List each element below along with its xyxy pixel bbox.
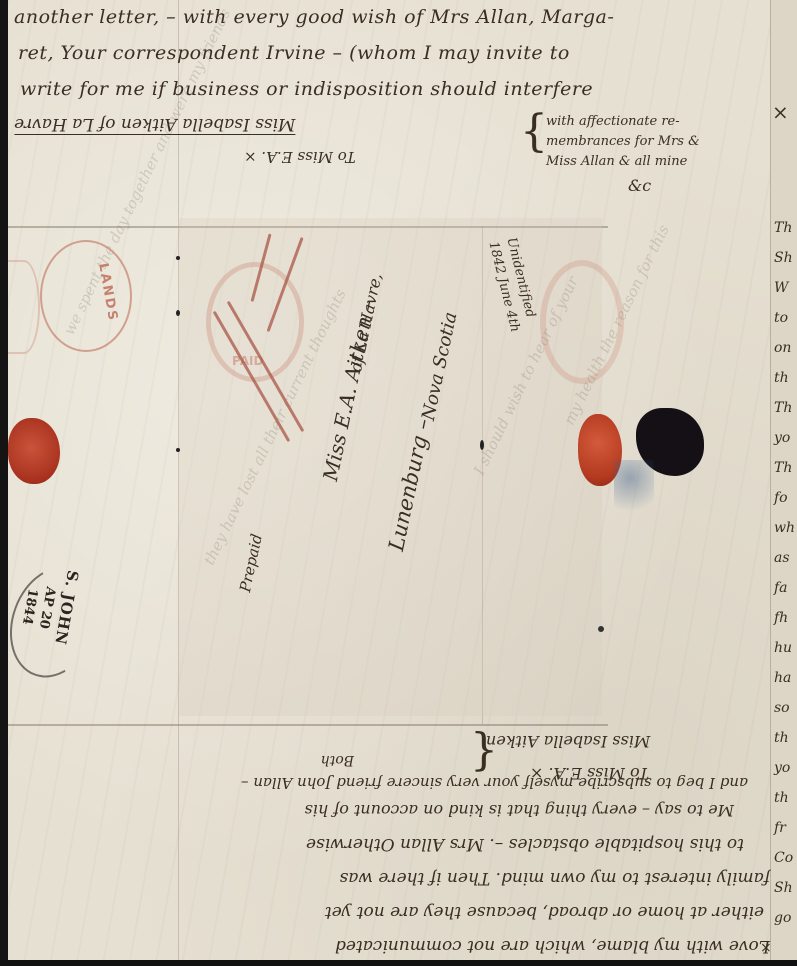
bottom-signature-prefix: To Miss E.A. × [530,764,649,783]
bottom-line-1: Love with my blame, which are not commun… [335,936,770,956]
bottom-line-3: family interest to my own mind. Then if … [340,868,770,888]
remembrance-tail: &c [628,176,651,195]
faint-postmark-right [540,260,624,384]
top-text-line-1: another letter, – with every good wish o… [14,6,614,28]
remembrance-line-2: membrances for Mrs & [546,134,700,149]
bottom-line-5: Me to say – every thing that is kind on … [305,801,734,820]
pin-hole [176,256,180,260]
bottom-line-2: either at home or abroad, because they a… [325,902,764,922]
pin-hole [480,440,484,450]
top-text-line-2: ret, Your correspondent Irvine – (whom I… [18,42,570,64]
right-margin-text: Th Sh W to on th Th yo Th fo wh as fa fh… [772,220,797,960]
bottom-line-4: to this hospitable obstacles –. Mrs Alla… [306,834,744,854]
scan-bottom-edge [0,960,797,966]
top-text-line-3: write for me if business or indispositio… [20,78,593,100]
bottom-signature-name: Miss Isabella Aitken [486,732,650,751]
bottom-inverted-block: Love with my blame, which are not commun… [14,726,774,960]
red-postmark-circle [40,240,132,352]
inverted-address-top: Miss Isabella Aitken of La Havre [14,114,295,135]
scan-left-edge [0,0,8,966]
pin-hole [176,448,180,452]
red-postmark-partial [8,260,40,354]
bottom-sign-off: Both [321,752,354,768]
bottom-margin-x-mark: × [760,940,772,956]
ink-dot [598,626,604,632]
remembrance-line-3: Miss Allan & all mine [546,154,687,169]
margin-x-mark: × [772,100,789,124]
pin-hole [176,310,180,316]
blue-ink-stain [614,460,654,520]
wax-seal-left [8,418,60,484]
brace-signature: { [470,730,498,774]
brace-remembrance: { [520,110,548,154]
inverted-address-prefix: To Miss E.A. × [244,148,356,166]
remembrance-line-1: with affectionate re- [546,114,680,129]
